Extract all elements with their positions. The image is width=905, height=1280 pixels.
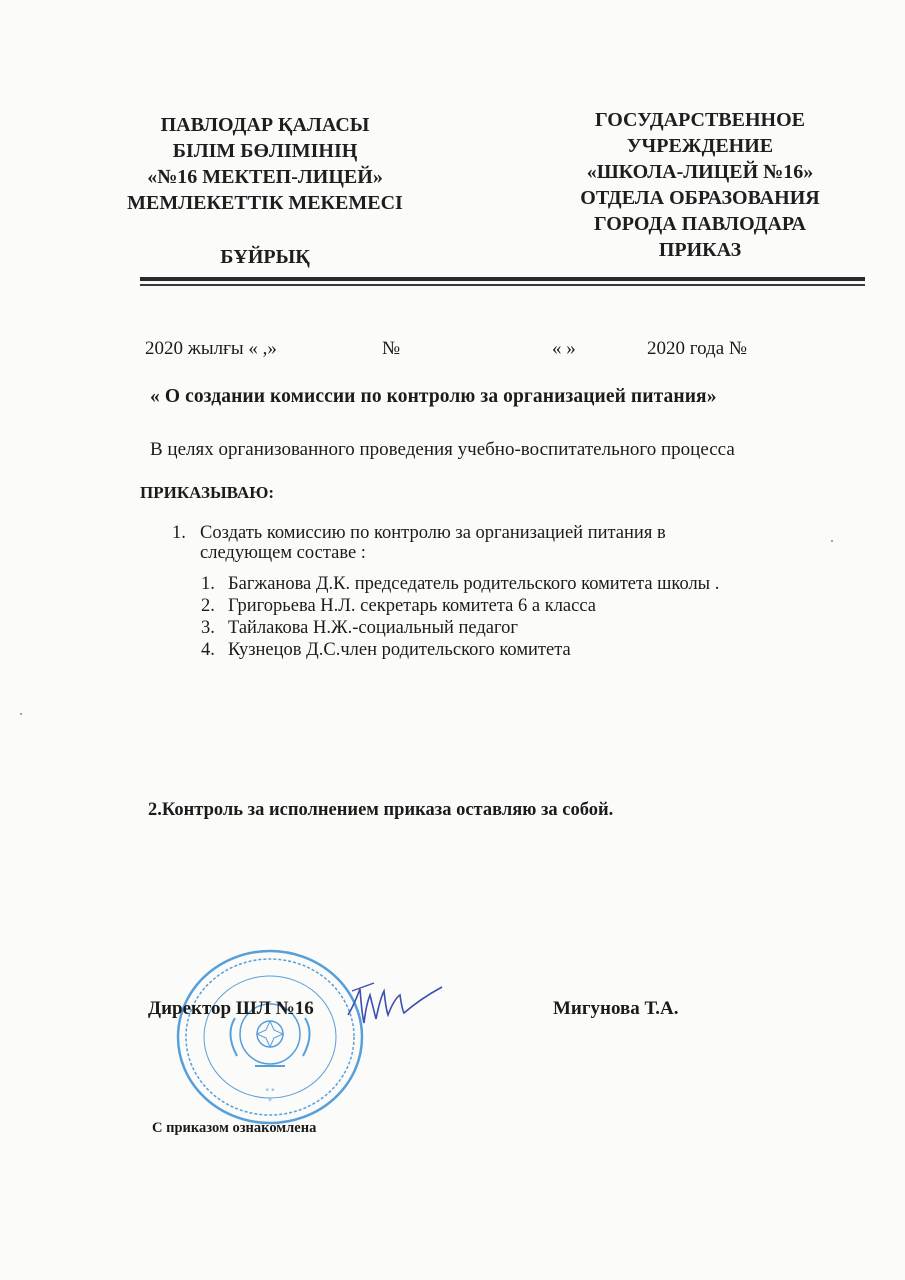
header-kz-line-4: МЕМЛЕКЕТТІК МЕКЕМЕСІ (110, 190, 420, 216)
order-word-russian: ПРИКАЗ (545, 237, 855, 263)
header-ru-line-3: «ШКОЛА-ЛИЦЕЙ №16» (545, 159, 855, 185)
svg-text:* *: * * (265, 1087, 275, 1095)
header-kz-line-1: ПАВЛОДАР ҚАЛАСЫ (110, 112, 420, 138)
header-ru-line-1: ГОСУДАРСТВЕННОЕ (545, 107, 855, 133)
document-purpose: В целях организованного проведения учебн… (150, 439, 735, 461)
header-ru-line-4: ОТДЕЛА ОБРАЗОВАНИЯ (545, 185, 855, 211)
header-kazakh: ПАВЛОДАР ҚАЛАСЫ БІЛІМ БӨЛІМІНІҢ «№16 МЕК… (110, 112, 420, 270)
signatory-position: Директор ШЛ №16 (148, 998, 314, 1020)
header-rule-thin (140, 284, 865, 286)
svg-text:*: * (268, 1097, 272, 1105)
order-item-text: Создать комиссию по контролю за организа… (200, 523, 666, 543)
signature-icon (340, 975, 445, 1035)
order-word-kazakh: БҰЙРЫҚ (110, 244, 420, 270)
header-kz-line-3: «№16 МЕКТЕП-ЛИЦЕЙ» (110, 164, 420, 190)
order-item-text-continued: следующем составе : (200, 543, 366, 563)
date-quotes-russian: « » (552, 338, 576, 360)
scan-speck (831, 540, 833, 542)
order-item-2: 2.Контроль за исполнением приказа оставл… (148, 800, 613, 821)
orders-label: ПРИКАЗЫВАЮ: (140, 483, 274, 503)
member-text: Григорьева Н.Л. секретарь комитета 6 а к… (228, 595, 596, 617)
member-text: Кузнецов Д.С.член родительского комитета (228, 639, 571, 661)
commission-members-list: 1. Багжанова Д.К. председатель родительс… (201, 573, 719, 661)
list-item: 4. Кузнецов Д.С.член родительского комит… (201, 639, 719, 661)
header-rule-thick (140, 277, 865, 281)
header-ru-line-2: УЧРЕЖДЕНИЕ (545, 133, 855, 159)
list-item: 2. Григорьева Н.Л. секретарь комитета 6 … (201, 595, 719, 617)
document-title: « О создании комиссии по контролю за орг… (150, 386, 717, 408)
list-item: 3. Тайлакова Н.Ж.-социальный педагог (201, 617, 719, 639)
scan-speck (20, 713, 22, 715)
order-item-1: 1. Создать комиссию по контролю за орган… (172, 523, 666, 563)
acknowledgment-line: С приказом ознакомлена (152, 1120, 316, 1137)
header-russian: ГОСУДАРСТВЕННОЕ УЧРЕЖДЕНИЕ «ШКОЛА-ЛИЦЕЙ … (545, 107, 855, 263)
order-item-number: 1. (172, 523, 200, 543)
official-stamp-icon: * * * (175, 948, 365, 1126)
header-kz-line-2: БІЛІМ БӨЛІМІНІҢ (110, 138, 420, 164)
date-kazakh: 2020 жылғы « ,» (145, 338, 277, 360)
header-ru-line-5: ГОРОДА ПАВЛОДАРА (545, 211, 855, 237)
signatory-name: Мигунова Т.А. (553, 998, 679, 1020)
number-kazakh: № (382, 338, 400, 360)
member-text: Багжанова Д.К. председатель родительског… (228, 573, 719, 595)
list-item: 1. Багжанова Д.К. председатель родительс… (201, 573, 719, 595)
date-russian: 2020 года № (647, 338, 747, 360)
member-text: Тайлакова Н.Ж.-социальный педагог (228, 617, 518, 639)
